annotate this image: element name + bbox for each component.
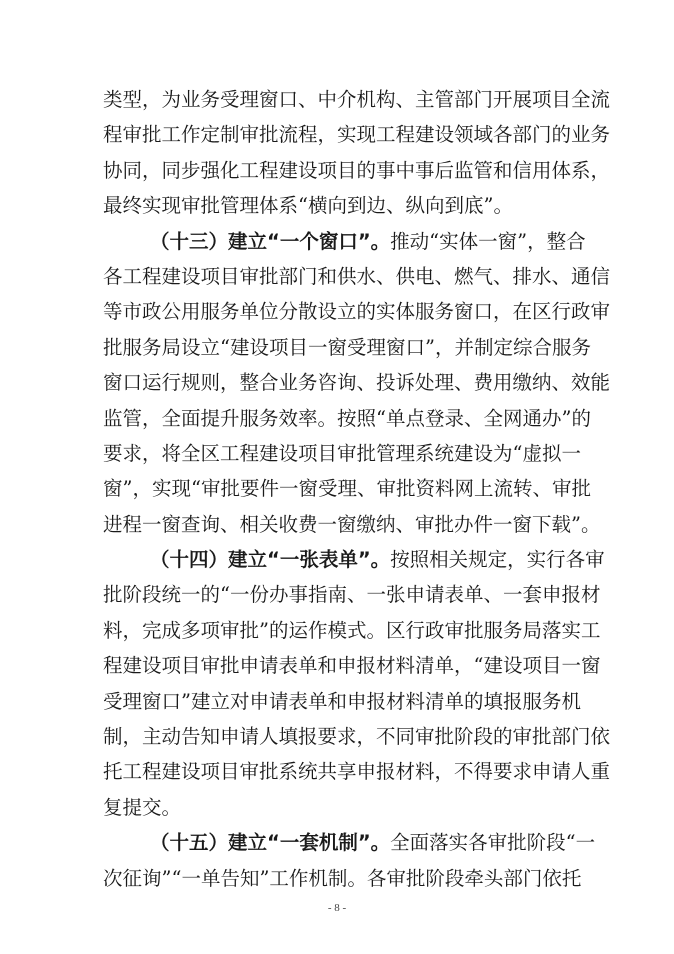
document-page: 类型，为业务受理窗口、中介机构、主管部门开展项目全流 程审批工作定制审批流程，实… xyxy=(0,0,674,954)
text-run: 按照相关规定，实行各审 xyxy=(390,548,605,571)
text-line: 受理窗口”建立对申请表单和申报材料清单的填报服务机 xyxy=(103,684,573,719)
document-body: 类型，为业务受理窗口、中介机构、主管部门开展项目全流 程审批工作定制审批流程，实… xyxy=(103,82,573,896)
text-run: 推动“实体一窗”，整合 xyxy=(390,230,585,253)
page-number: - 8 - xyxy=(0,902,674,914)
text-line: 制，主动告知申请人填报要求，不同审批阶段的审批部门依 xyxy=(103,719,573,754)
text-line: 托工程建设项目审批系统共享申报材料，不得要求申请人重 xyxy=(103,754,573,789)
text-line: 程审批工作定制审批流程，实现工程建设领域各部门的业务 xyxy=(103,117,573,152)
text-line: 监管，全面提升服务效率。按照“单点登录、全网通办”的 xyxy=(103,401,573,436)
paragraph-section-14: （十四）建立“一张表单”。按照相关规定，实行各审 批阶段统一的“一份办事指南、一… xyxy=(103,542,573,825)
section-first-line: （十三）建立“一个窗口”。推动“实体一窗”，整合 xyxy=(103,224,573,259)
text-line: 料，完成多项审批”的运作模式。区行政审批服务局落实工 xyxy=(103,613,573,648)
section-heading: （十五）建立“一套机制”。 xyxy=(150,831,390,854)
text-line: 复提交。 xyxy=(103,790,573,825)
text-line: 要求，将全区工程建设项目审批管理系统建设为“虚拟一 xyxy=(103,436,573,471)
section-heading: （十四）建立“一张表单”。 xyxy=(150,548,390,571)
section-first-line: （十五）建立“一套机制”。全面落实各审批阶段“一 xyxy=(103,825,573,860)
text-line: 类型，为业务受理窗口、中介机构、主管部门开展项目全流 xyxy=(103,82,573,117)
text-line: 等市政公用服务单位分散设立的实体服务窗口，在区行政审 xyxy=(103,294,573,329)
text-run: 全面落实各审批阶段“一 xyxy=(390,831,595,854)
text-line: 最终实现审批管理体系“横向到边、纵向到底”。 xyxy=(103,188,573,223)
text-line: 次征询”“一单告知”工作机制。各审批阶段牵头部门依托 xyxy=(103,861,573,896)
text-line: 各工程建设项目审批部门和供水、供电、燃气、排水、通信 xyxy=(103,259,573,294)
paragraph-section-13: （十三）建立“一个窗口”。推动“实体一窗”，整合 各工程建设项目审批部门和供水、… xyxy=(103,224,573,543)
paragraph-continuation: 类型，为业务受理窗口、中介机构、主管部门开展项目全流 程审批工作定制审批流程，实… xyxy=(103,82,573,224)
text-line: 批服务局设立“建设项目一窗受理窗口”，并制定综合服务 xyxy=(103,330,573,365)
section-heading: （十三）建立“一个窗口”。 xyxy=(150,230,390,253)
text-line: 窗口运行规则，整合业务咨询、投诉处理、费用缴纳、效能 xyxy=(103,365,573,400)
text-line: 协同，同步强化工程建设项目的事中事后监管和信用体系， xyxy=(103,153,573,188)
text-line: 进程一窗查询、相关收费一窗缴纳、审批办件一窗下载”。 xyxy=(103,507,573,542)
section-first-line: （十四）建立“一张表单”。按照相关规定，实行各审 xyxy=(103,542,573,577)
text-line: 批阶段统一的“一份办事指南、一张申请表单、一套申报材 xyxy=(103,577,573,612)
text-line: 窗”，实现“审批要件一窗受理、审批资料网上流转、审批 xyxy=(103,471,573,506)
paragraph-section-15: （十五）建立“一套机制”。全面落实各审批阶段“一 次征询”“一单告知”工作机制。… xyxy=(103,825,573,896)
text-line: 程建设项目审批申请表单和申报材料清单，“建设项目一窗 xyxy=(103,648,573,683)
